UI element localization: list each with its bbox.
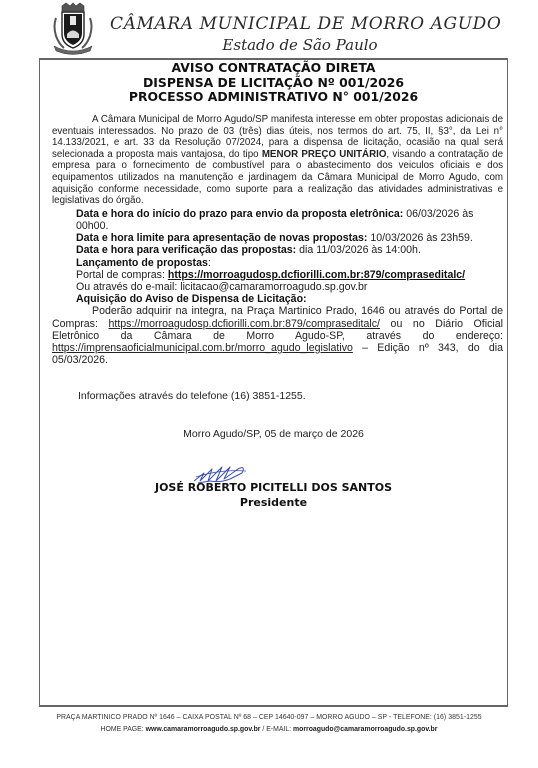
submission-colon: :: [208, 257, 211, 269]
place-date: Morro Agudo/SP, 05 de março de 2026: [39, 428, 508, 440]
intro-paragraph: A Câmara Municipal de Morro Agudo/SP man…: [52, 114, 503, 207]
signature-block: JOSÉ ROBERTO PICITELLI DOS SANTOS Presid…: [39, 480, 508, 510]
portal-link[interactable]: https://morroagudosp.dcfiorilli.com.br:8…: [168, 269, 465, 281]
email-link[interactable]: licitacao@camaramorroagudo.sp.gov.br: [180, 281, 367, 293]
diario-oficial-link[interactable]: https://imprensaoficialmunicipal.com.br/…: [52, 342, 353, 354]
homepage-link[interactable]: www.camaramorroagudo.sp.gov.br: [146, 726, 261, 733]
institution-title: CÂMARA MUNICIPAL DE MORRO AGUDO: [110, 14, 530, 34]
footer-address: PRAÇA MARTINICO PRADO Nº 1646 – CAIXA PO…: [0, 714, 538, 721]
footer-email-label: / E-MAIL:: [260, 726, 293, 733]
deadline-value: 10/03/2026 às 23h59.: [367, 232, 472, 244]
heading-line-3: PROCESSO ADMINISTRATIVO N° 001/2026: [39, 90, 508, 105]
email-field: Ou através do e-mail: licitacao@camaramo…: [52, 281, 503, 293]
portal-prefix: Portal de compras:: [76, 269, 168, 281]
heading-line-1: AVISO CONTRATAÇÃO DIRETA: [39, 61, 508, 76]
start-date-label: Data e hora do início do prazo para envi…: [76, 208, 403, 220]
award-criterion: MENOR PREÇO UNITÁRIO: [262, 149, 387, 160]
signer-role: Presidente: [39, 495, 508, 510]
verification-value: dia 11/03/2026 às 14:00h.: [296, 244, 421, 256]
submission-field: Lançamento de propostas:: [52, 257, 503, 269]
deadline-label: Data e hora limite para apresentação de …: [76, 232, 367, 244]
footer-contact: HOME PAGE: www.camaramorroagudo.sp.gov.b…: [0, 726, 538, 733]
notice-heading: AVISO CONTRATAÇÃO DIRETA DISPENSA DE LIC…: [39, 61, 508, 105]
acquisition-paragraph: Poderão adquirir na integra, na Praça Ma…: [52, 305, 503, 366]
portal-field: Portal de compras: https://morroagudosp.…: [52, 269, 503, 281]
submission-label: Lançamento de propostas: [76, 257, 208, 269]
signer-name: JOSÉ ROBERTO PICITELLI DOS SANTOS: [39, 480, 508, 495]
homepage-label: HOME PAGE:: [101, 726, 146, 733]
start-date-field: Data e hora do início do prazo para envi…: [52, 208, 503, 232]
acquisition-portal-link[interactable]: https://morroagudosp.dcfiorilli.com.br:8…: [109, 318, 380, 330]
verification-label: Data e hora para verificação das propost…: [76, 244, 296, 256]
phone-info: Informações através do telefone (16) 385…: [78, 390, 306, 402]
footer-email-link[interactable]: morroagudo@camaramorroagudo.sp.gov.br: [293, 726, 437, 733]
acquisition-label: Aquisição do Aviso de Dispensa de Licita…: [76, 293, 307, 305]
coat-of-arms-logo: [50, 2, 96, 56]
heading-line-2: DISPENSA DE LICITAÇÃO Nº 001/2026: [39, 76, 508, 91]
verification-field: Data e hora para verificação das propost…: [52, 244, 503, 256]
acquisition-heading: Aquisição do Aviso de Dispensa de Licita…: [52, 293, 503, 305]
email-prefix: Ou através do e-mail:: [76, 281, 180, 293]
deadline-field: Data e hora limite para apresentação de …: [52, 232, 503, 244]
institution-state: Estado de São Paulo: [180, 36, 420, 54]
notice-body: A Câmara Municipal de Morro Agudo/SP man…: [52, 114, 503, 366]
